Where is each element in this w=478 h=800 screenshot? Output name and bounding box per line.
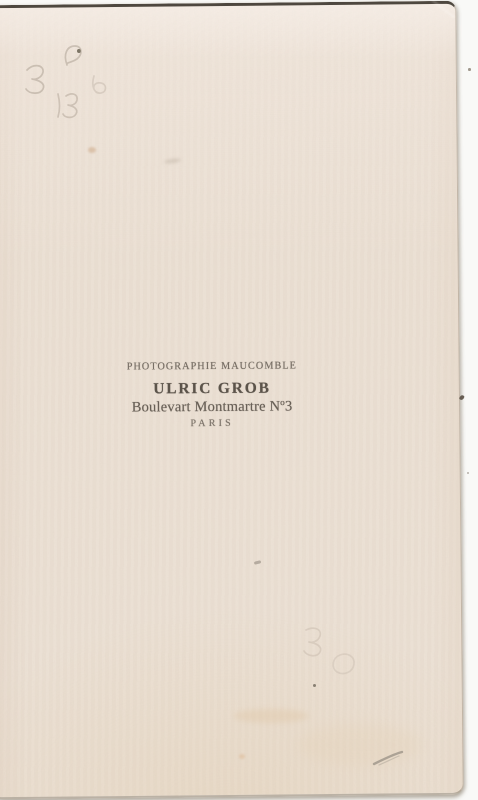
faint-smudge	[164, 158, 181, 164]
photographer-stamp: PHOTOGRAPHIE MAUCOMBLE ULRIC GROB Boulev…	[124, 360, 300, 431]
pencil-marks-lower-right	[295, 620, 365, 685]
stamp-address-line: Boulevart Montmartre Nº3	[124, 398, 300, 418]
stamp-city-line: PARIS	[124, 417, 299, 431]
foxing-dot	[239, 754, 245, 759]
yellow-stain-band	[233, 709, 309, 723]
margin-speck	[468, 68, 471, 71]
margin-speck	[459, 394, 464, 400]
stamp-photographer-name: ULRIC GROB	[124, 379, 300, 399]
pencil-marks-top-left	[20, 40, 120, 135]
card-surface-overlay: PHOTOGRAPHIE MAUCOMBLE ULRIC GROB Boulev…	[0, 0, 478, 800]
small-dash-mark	[254, 560, 261, 564]
stamp-studio-line: PHOTOGRAPHIE MAUCOMBLE	[127, 360, 297, 380]
foxing-spot	[88, 147, 96, 153]
corner-crease	[427, 0, 455, 18]
pencil-scratch	[370, 745, 410, 770]
margin-speck	[467, 472, 469, 474]
